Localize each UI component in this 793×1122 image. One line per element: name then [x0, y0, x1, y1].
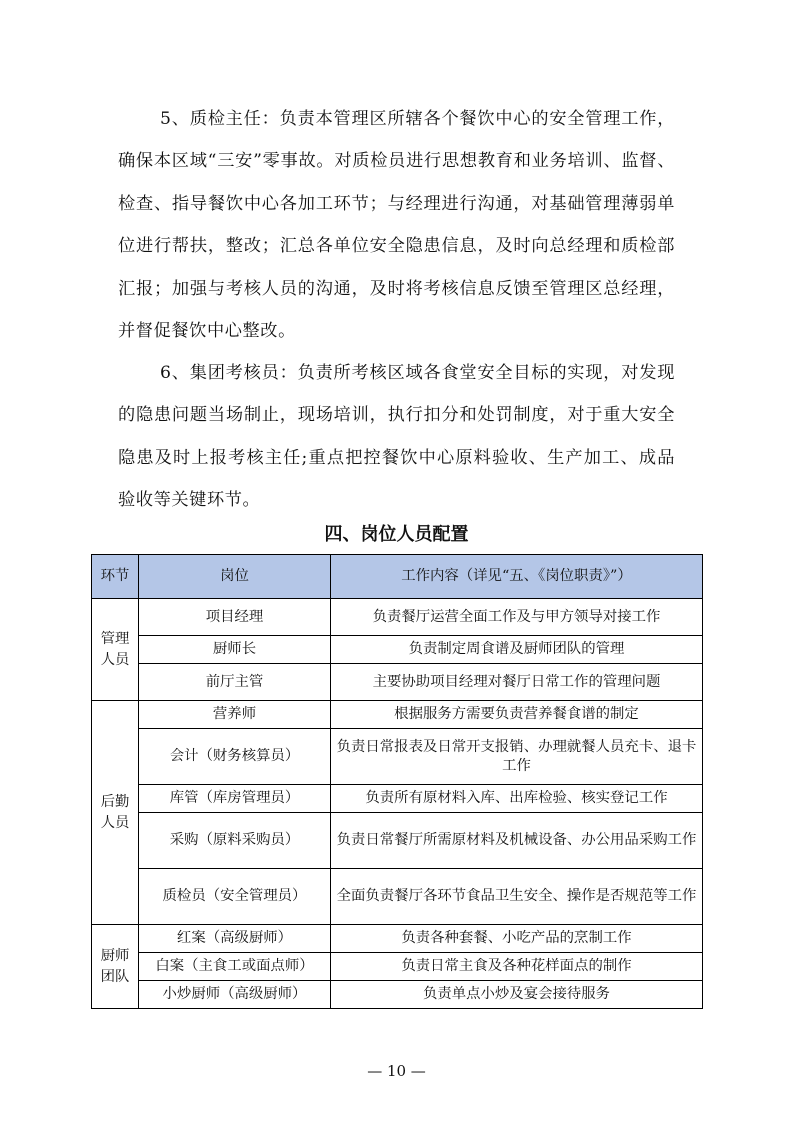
table-header-row: 环节 岗位 工作内容（详见“五、《岗位职责》”）	[92, 555, 703, 599]
post-cell: 小炒厨师（高级厨师）	[139, 981, 331, 1009]
post-cell: 采购（原料采购员）	[139, 813, 331, 869]
duty-cell: 负责制定周食谱及厨师团队的管理	[331, 636, 703, 664]
group-kitchen: 厨师团队	[92, 925, 139, 1009]
table-row: 会计（财务核算员） 负责日常报表及日常开支报销、办理就餐人员充卡、退卡工作	[92, 729, 703, 785]
post-cell: 厨师长	[139, 636, 331, 664]
paragraph-text: 5、质检主任：负责本管理区所辖各个餐饮中心的安全管理工作，确保本区域“三安”零事…	[118, 109, 675, 341]
duty-cell: 负责所有原材料入库、出库检验、核实登记工作	[331, 785, 703, 813]
duty-cell: 负责日常主食及各种花样面点的制作	[331, 953, 703, 981]
table-row: 后勤人员 营养师 根据服务方需要负责营养餐食谱的制定	[92, 701, 703, 729]
table-row: 质检员（安全管理员） 全面负责餐厅各环节食品卫生安全、操作是否规范等工作	[92, 869, 703, 925]
duty-cell: 负责单点小炒及宴会接待服务	[331, 981, 703, 1009]
table-row: 前厅主管 主要协助项目经理对餐厅日常工作的管理问题	[92, 664, 703, 701]
duty-cell: 全面负责餐厅各环节食品卫生安全、操作是否规范等工作	[331, 869, 703, 925]
table-row: 厨师团队 红案（高级厨师） 负责各种套餐、小吃产品的烹制工作	[92, 925, 703, 953]
post-cell: 营养师	[139, 701, 331, 729]
group-management: 管理人员	[92, 599, 139, 701]
table-row: 小炒厨师（高级厨师） 负责单点小炒及宴会接待服务	[92, 981, 703, 1009]
post-cell: 项目经理	[139, 599, 331, 636]
duty-cell: 主要协助项目经理对餐厅日常工作的管理问题	[331, 664, 703, 701]
duty-cell: 负责各种套餐、小吃产品的烹制工作	[331, 925, 703, 953]
header-stage: 环节	[92, 555, 139, 599]
section-title: 四、岗位人员配置	[0, 520, 793, 546]
table-row: 管理人员 项目经理 负责餐厅运营全面工作及与甲方领导对接工作	[92, 599, 703, 636]
table-row: 库管（库房管理员） 负责所有原材料入库、出库检验、核实登记工作	[92, 785, 703, 813]
post-cell: 白案（主食工或面点师）	[139, 953, 331, 981]
page-number: — 10 —	[0, 1062, 793, 1080]
post-cell: 质检员（安全管理员）	[139, 869, 331, 925]
paragraph-quality-director: 5、质检主任：负责本管理区所辖各个餐饮中心的安全管理工作，确保本区域“三安”零事…	[118, 98, 675, 352]
duty-cell: 负责餐厅运营全面工作及与甲方领导对接工作	[331, 599, 703, 636]
table-row: 厨师长 负责制定周食谱及厨师团队的管理	[92, 636, 703, 664]
post-cell: 红案（高级厨师）	[139, 925, 331, 953]
duty-cell: 负责日常报表及日常开支报销、办理就餐人员充卡、退卡工作	[331, 729, 703, 785]
duty-cell: 负责日常餐厅所需原材料及机械设备、办公用品采购工作	[331, 813, 703, 869]
post-cell: 库管（库房管理员）	[139, 785, 331, 813]
header-duty: 工作内容（详见“五、《岗位职责》”）	[331, 555, 703, 599]
duty-cell: 根据服务方需要负责营养餐食谱的制定	[331, 701, 703, 729]
staffing-table: 环节 岗位 工作内容（详见“五、《岗位职责》”） 管理人员 项目经理 负责餐厅运…	[91, 554, 703, 1009]
paragraph-text: 6、集团考核员：负责所考核区域各食堂安全目标的实现，对发现的隐患问题当场制止，现…	[118, 363, 675, 510]
table-row: 采购（原料采购员） 负责日常餐厅所需原材料及机械设备、办公用品采购工作	[92, 813, 703, 869]
table-row: 白案（主食工或面点师） 负责日常主食及各种花样面点的制作	[92, 953, 703, 981]
post-cell: 前厅主管	[139, 664, 331, 701]
paragraph-group-assessor: 6、集团考核员：负责所考核区域各食堂安全目标的实现，对发现的隐患问题当场制止，现…	[118, 352, 675, 522]
post-cell: 会计（财务核算员）	[139, 729, 331, 785]
group-logistics: 后勤人员	[92, 701, 139, 925]
header-post: 岗位	[139, 555, 331, 599]
